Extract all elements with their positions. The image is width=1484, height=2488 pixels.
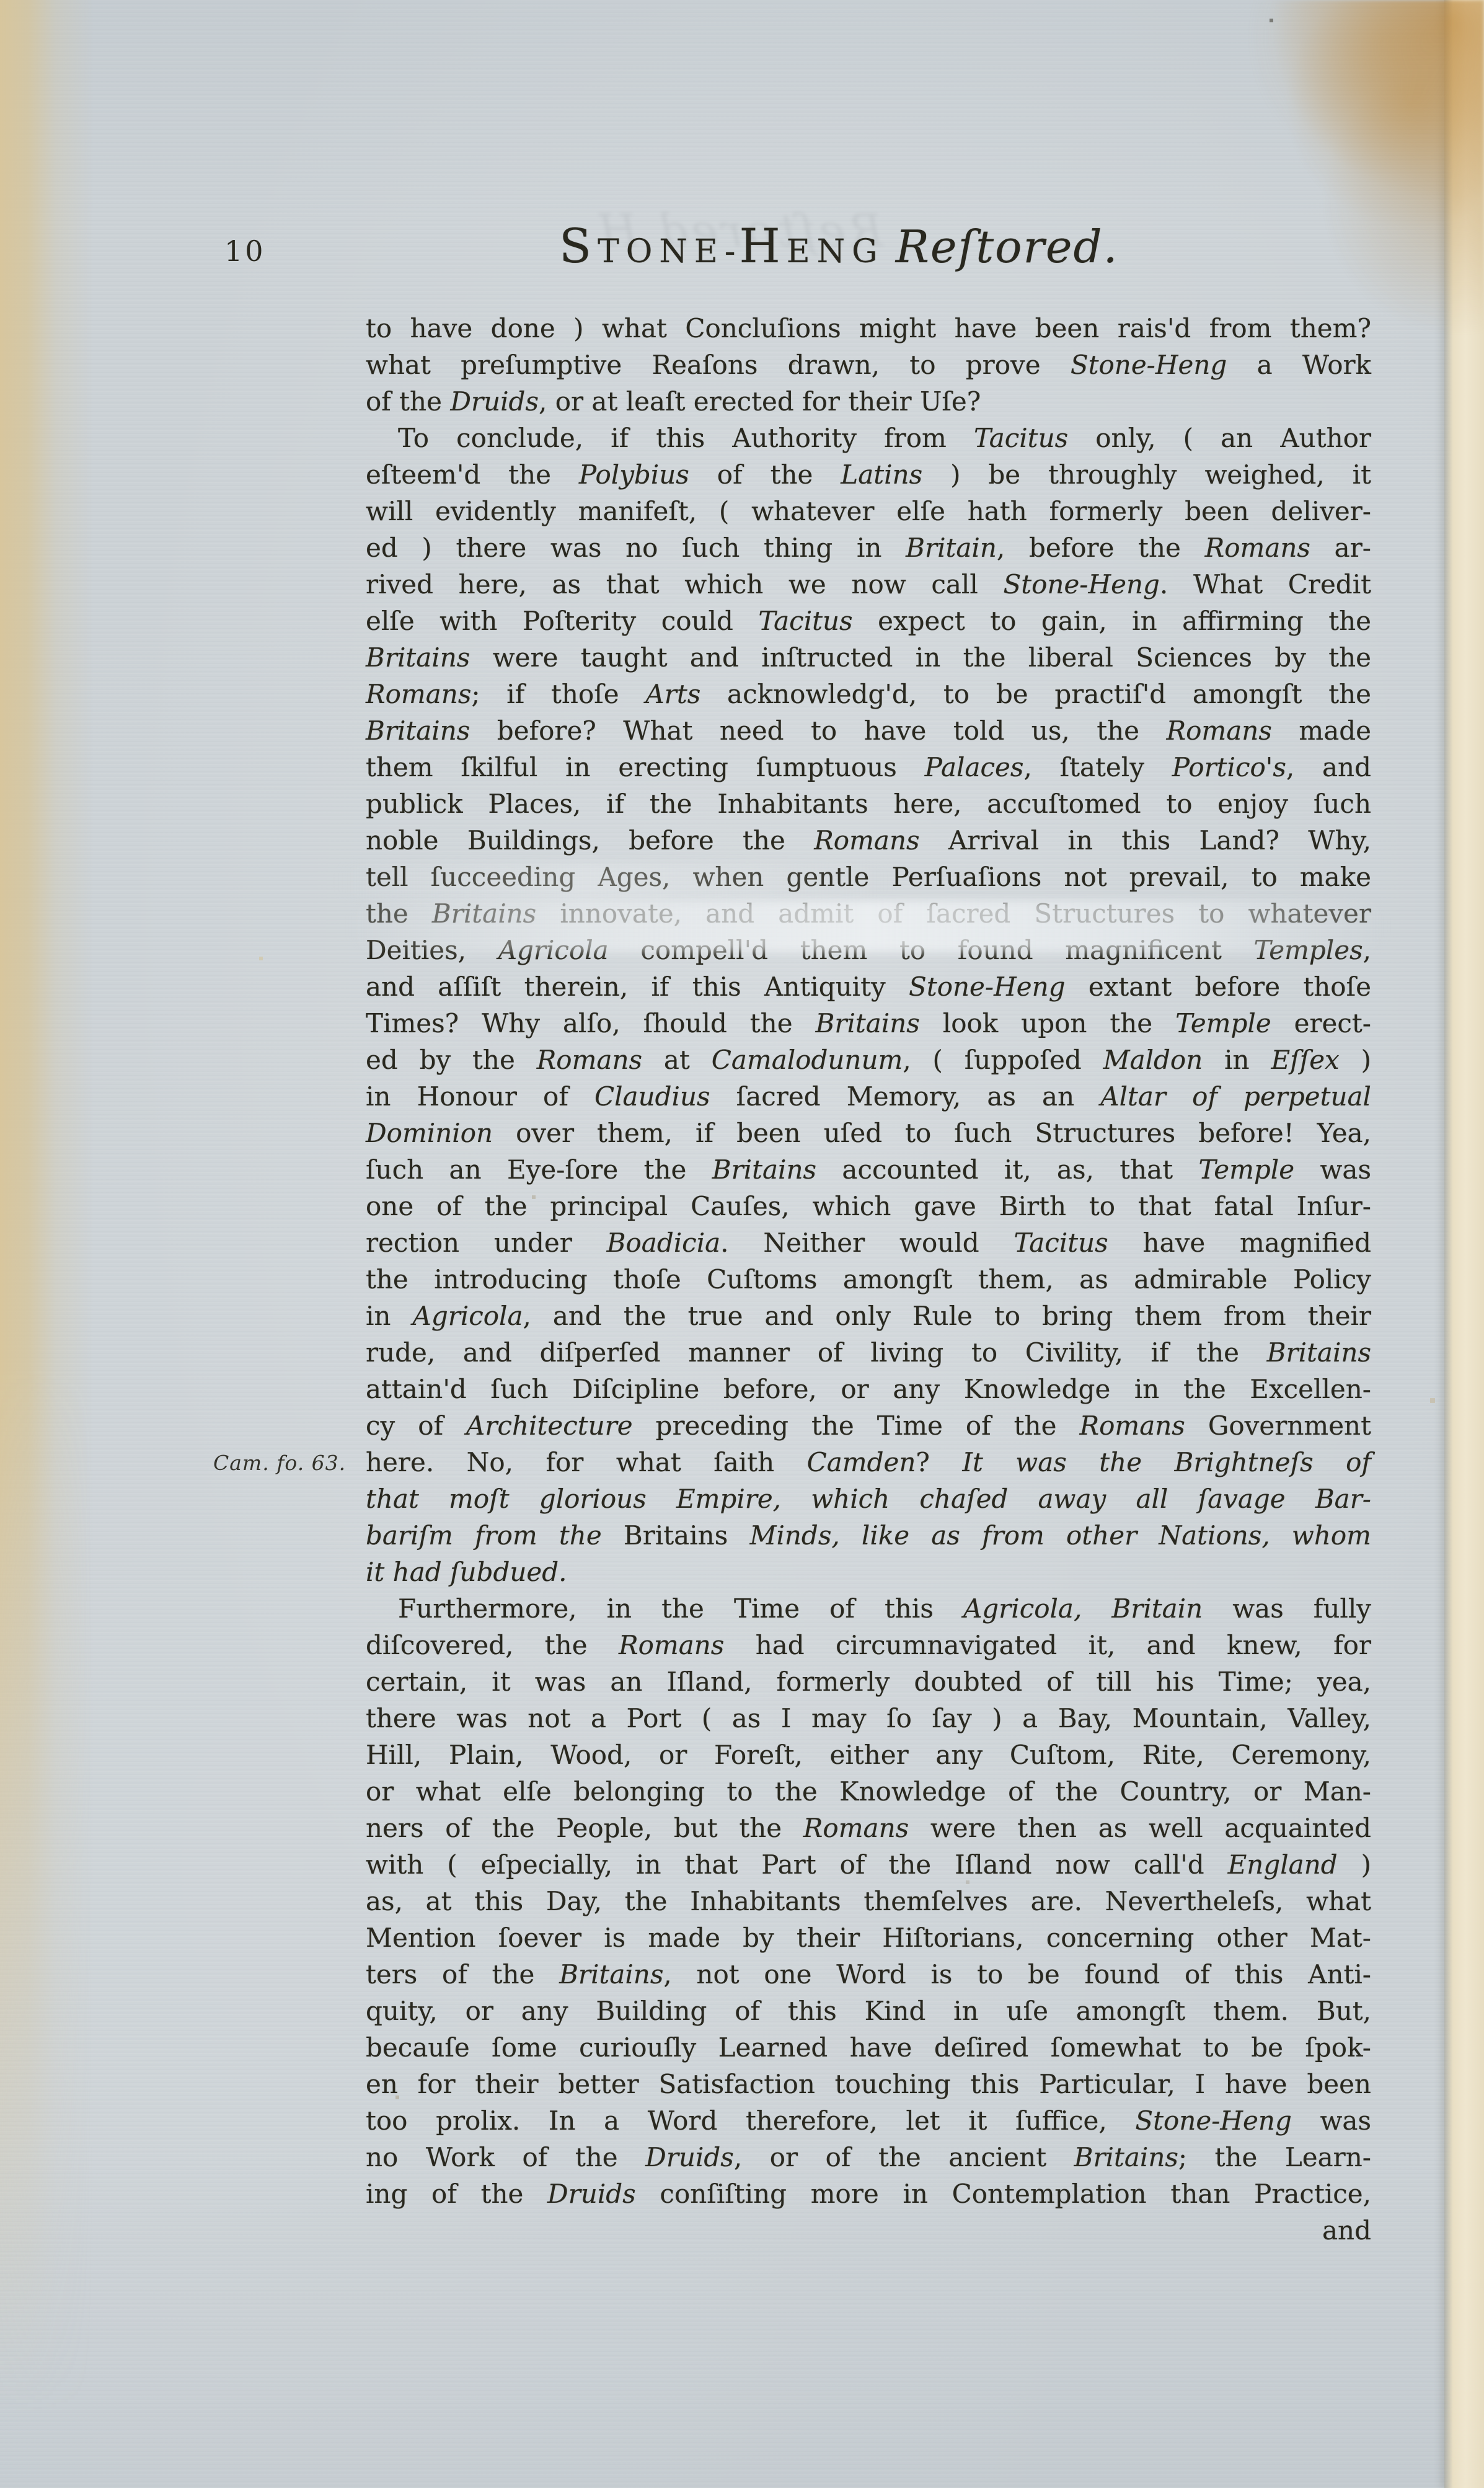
- roman-text: and: [1322, 2215, 1371, 2246]
- text-line: with ( eſpecially, in that Part of the I…: [366, 1846, 1371, 1883]
- roman-text: ) be throughly weighed, it: [922, 459, 1371, 490]
- text-line: of the Druids, or at leaſt erected for t…: [366, 383, 1371, 420]
- roman-text: noble Buildings, before the: [366, 825, 814, 856]
- roman-text: was: [1294, 1154, 1371, 1185]
- text-line: rection under Boadicia. Neither would Ta…: [366, 1224, 1371, 1261]
- italic-text: Romans: [814, 825, 919, 856]
- italic-text: Temple: [1175, 1008, 1271, 1038]
- text-line: them ſkilful in erecting ſumptuous Palac…: [366, 749, 1371, 786]
- text-line: the introducing thoſe Cuſtoms amongſt th…: [366, 1261, 1371, 1298]
- text-line: publick Places, if the Inhabitants here,…: [366, 786, 1371, 822]
- roman-text: erect-: [1271, 1008, 1371, 1038]
- roman-text: to have done ) what Concluſions might ha…: [366, 313, 1371, 343]
- roman-text: , or of the ancient: [734, 2142, 1074, 2172]
- roman-text: look upon the: [920, 1008, 1175, 1038]
- text-line: and aſſiſt therein, if this Antiquity St…: [366, 968, 1371, 1005]
- italic-text: Romans: [1079, 1410, 1185, 1441]
- text-line: Dominion over them, if been uſed to ſuch…: [366, 1115, 1371, 1151]
- gutter-edge: [0, 0, 93, 2488]
- italic-text: Britains: [1074, 2142, 1178, 2172]
- text-line: Hill, Plain, Wood, or Foreſt, either any…: [366, 1737, 1371, 1773]
- roman-text: of the: [689, 459, 841, 490]
- roman-text: one of the principal Cauſes, which gave …: [366, 1191, 1371, 1221]
- roman-text: were taught and inſtructed in the libera…: [470, 642, 1371, 673]
- roman-text: were then as well acquainted: [909, 1813, 1371, 1843]
- italic-text: Dominion: [366, 1118, 493, 1148]
- catchword: and: [366, 2212, 1371, 2249]
- italic-text: Britain: [906, 533, 997, 563]
- text-line: one of the principal Cauſes, which gave …: [366, 1188, 1371, 1224]
- text-line: what preſumptive Reaſons drawn, to prove…: [366, 347, 1371, 383]
- roman-text: Mention ſoever is made by their Hiſtoria…: [366, 1923, 1371, 1953]
- text-line: ſuch an Eye-ſore the Britains accounted …: [366, 1151, 1371, 1188]
- roman-text: here. No, for what ſaith: [366, 1447, 807, 1477]
- crease-streak-secondary: [335, 863, 893, 900]
- roman-text: have magnified: [1108, 1228, 1371, 1258]
- text-line: cy of Architecture preceding the Time of…: [366, 1407, 1371, 1444]
- roman-text: them ſkilful in erecting ſumptuous: [366, 752, 925, 782]
- italic-text: It was the Brightneſs of: [962, 1447, 1371, 1477]
- text-line: or what elſe belonging to the Knowledge …: [366, 1773, 1371, 1810]
- roman-text: before? What need to have told us, the: [470, 715, 1166, 746]
- roman-text: attain'd ſuch Diſcipline before, or any …: [366, 1374, 1371, 1404]
- roman-text: ſuch an Eye-ſore the: [366, 1154, 712, 1185]
- italic-text: Agricola: [412, 1301, 523, 1331]
- italic-text: Druids: [547, 2179, 636, 2209]
- roman-text: Government: [1185, 1410, 1371, 1441]
- roman-text: and aſſiſt therein, if this Antiquity: [366, 972, 909, 1002]
- roman-text: too prolix. In a Word therefore, let it …: [366, 2105, 1135, 2136]
- text-line: in Honour of Claudius ſacred Memory, as …: [366, 1078, 1371, 1115]
- roman-text: Arrival in this Land? Why,: [920, 825, 1371, 856]
- text-line: To conclude, if this Authority from Taci…: [366, 420, 1371, 456]
- italic-text: Britains: [712, 1154, 816, 1185]
- italic-text: Altar of perpetual: [1100, 1081, 1371, 1112]
- roman-text: ners of the People, but the: [366, 1813, 803, 1843]
- italic-text: Romans: [1205, 533, 1310, 563]
- roman-text: conſiſting more in Contemplation than Pr…: [636, 2179, 1371, 2209]
- italic-text: Romans: [1167, 715, 1272, 746]
- text-line: Times? Why alſo, ſhould the Britains loo…: [366, 1005, 1371, 1042]
- text-line: here. No, for what ſaith Camden? It was …: [366, 1444, 1371, 1481]
- roman-text: acknowledg'd, to be practiſ'd amongſt th…: [700, 679, 1371, 709]
- roman-text: , and the true and only Rule to bring th…: [523, 1301, 1372, 1331]
- roman-text: in: [1203, 1045, 1271, 1075]
- roman-text: ing of the: [366, 2179, 547, 2209]
- italic-text: Britains: [366, 715, 470, 746]
- italic-text: Tacitus: [974, 423, 1068, 453]
- text-line: en for their better Satisfaction touchin…: [366, 2066, 1371, 2102]
- italic-text: Britains: [816, 1008, 920, 1038]
- roman-text: rude, and diſperſed manner of living to …: [366, 1337, 1267, 1368]
- roman-text: , and: [1286, 752, 1371, 782]
- text-line: eſteem'd the Polybius of the Latins ) be…: [366, 456, 1371, 493]
- roman-text: quity, or any Building of this Kind in u…: [366, 1996, 1371, 2026]
- roman-text: was fully: [1203, 1593, 1371, 1624]
- text-line: Mention ſoever is made by their Hiſtoria…: [366, 1919, 1371, 1956]
- italic-text: Stone-Heng: [1135, 2105, 1291, 2136]
- text-line: Furthermore, in the Time of this Agricol…: [366, 1590, 1371, 1627]
- italic-text: bariſm from the: [366, 1520, 624, 1551]
- italic-text: Romans: [366, 679, 471, 709]
- roman-text: ?: [916, 1447, 962, 1477]
- text-line: as, at this Day, the Inhabitants themſel…: [366, 1883, 1371, 1919]
- roman-text: ; if thoſe: [471, 679, 645, 709]
- roman-text: accounted it, as, that: [816, 1154, 1198, 1185]
- roman-text: , ( ſuppoſed: [903, 1045, 1103, 1075]
- italic-text: Tacitus: [758, 606, 852, 636]
- title-initial: H: [739, 218, 786, 273]
- italic-text: Stone-Heng: [1071, 350, 1227, 380]
- text-line: it had ſubdued.: [366, 1554, 1371, 1590]
- text-line: ners of the People, but the Romans were …: [366, 1810, 1371, 1846]
- text-line: ing of the Druids conſiſting more in Con…: [366, 2176, 1371, 2212]
- text-line: ed by the Romans at Camalodunum, ( ſuppo…: [366, 1042, 1371, 1078]
- roman-text: , or at leaſt erected for their Uſe?: [539, 386, 981, 417]
- roman-text: preceding the Time of the: [633, 1410, 1080, 1441]
- text-line: Romans; if thoſe Arts acknowledg'd, to b…: [366, 676, 1371, 712]
- italic-text: Romans: [619, 1630, 724, 1660]
- roman-text: of the: [366, 386, 450, 417]
- roman-text: diſcovered, the: [366, 1630, 619, 1660]
- roman-text: ed by the: [366, 1045, 537, 1075]
- roman-text: ed ) there was no ſuch thing in: [366, 533, 906, 563]
- roman-text: en for their better Satisfaction touchin…: [366, 2069, 1371, 2099]
- italic-text: Polybius: [579, 459, 689, 490]
- italic-text: Claudius: [594, 1081, 710, 1112]
- roman-text: Britains: [624, 1520, 728, 1551]
- title-hyphen: -: [725, 233, 740, 270]
- roman-text: made: [1272, 715, 1371, 746]
- italic-text: Camalodunum: [712, 1045, 903, 1075]
- text-line: noble Buildings, before the Romans Arriv…: [366, 822, 1371, 859]
- roman-text: . What Credit: [1160, 569, 1371, 600]
- roman-text: ters of the: [366, 1959, 559, 1990]
- roman-text: as, at this Day, the Inhabitants themſel…: [366, 1886, 1371, 1916]
- text-line: elſe with Poſterity could Tacitus expect…: [366, 603, 1371, 639]
- roman-text: had circumnavigated it, and knew, for: [724, 1630, 1371, 1660]
- italic-text: Portico's: [1172, 752, 1286, 782]
- roman-text: in Honour of: [366, 1081, 594, 1112]
- roman-text: . Neither would: [720, 1228, 1014, 1258]
- roman-text: ſacred Memory, as an: [710, 1081, 1101, 1112]
- roman-text: Times? Why alſo, ſhould the: [366, 1008, 816, 1038]
- margin-note: Cam. fo. 63.: [213, 1451, 346, 1475]
- italic-text: Architecture: [466, 1410, 633, 1441]
- roman-text: ): [1340, 1045, 1371, 1075]
- roman-text: will evidently manifeſt, ( whatever elſe…: [366, 496, 1371, 526]
- italic-text: Palaces: [925, 752, 1024, 782]
- next-page-edge: [1444, 0, 1484, 2488]
- text-line: too prolix. In a Word therefore, let it …: [366, 2102, 1371, 2139]
- italic-text: Maldon: [1103, 1045, 1203, 1075]
- roman-text: what preſumptive Reaſons drawn, to prove: [366, 350, 1071, 380]
- roman-text: , not one Word is to be found of this An…: [663, 1959, 1371, 1990]
- italic-text: it had ſubdued.: [366, 1557, 567, 1587]
- book-page-scan: Reſtored H 10 STONE-HENGReſtored. Cam. f…: [0, 0, 1484, 2488]
- text-line: certain, it was an Iſland, formerly doub…: [366, 1663, 1371, 1700]
- roman-text: or what elſe belonging to the Knowledge …: [366, 1776, 1371, 1807]
- roman-text: with ( eſpecially, in that Part of the I…: [366, 1849, 1228, 1880]
- text-line: ters of the Britains, not one Word is to…: [366, 1956, 1371, 1993]
- title-smallcaps: TONE: [598, 233, 725, 270]
- roman-text: at: [642, 1045, 712, 1075]
- text-line: Britains were taught and inſtructed in t…: [366, 639, 1371, 676]
- roman-text: certain, it was an Iſland, formerly doub…: [366, 1667, 1371, 1697]
- title-italic: Reſtored.: [896, 221, 1119, 273]
- italic-text: Minds, like as from other Nations, whom: [728, 1520, 1371, 1551]
- text-line: becauſe ſome curiouſly Learned have deſi…: [366, 2029, 1371, 2066]
- italic-text: Boadicia: [607, 1228, 721, 1258]
- roman-text: Furthermore, in the Time of this: [398, 1593, 963, 1624]
- text-line: that moſt glorious Empire, which chaſed …: [366, 1481, 1371, 1517]
- roman-text: ar-: [1310, 533, 1371, 563]
- roman-text: elſe with Poſterity could: [366, 606, 758, 636]
- roman-text: expect to gain, in affirming the: [853, 606, 1371, 636]
- roman-text: , ſtately: [1023, 752, 1172, 782]
- italic-text: Druids: [450, 386, 539, 417]
- italic-text: Britains: [366, 642, 470, 673]
- italic-text: Arts: [645, 679, 700, 709]
- roman-text: eſteem'd the: [366, 459, 579, 490]
- italic-text: Tacitus: [1014, 1228, 1108, 1258]
- text-line: bariſm from the Britains Minds, like as …: [366, 1517, 1371, 1554]
- crease-streak: [347, 900, 1389, 952]
- text-line: to have done ) what Concluſions might ha…: [366, 310, 1371, 347]
- roman-text: the introducing thoſe Cuſtoms amongſt th…: [366, 1264, 1371, 1295]
- roman-text: , before the: [997, 533, 1205, 563]
- italic-text: Temple: [1198, 1154, 1294, 1185]
- roman-text: was: [1292, 2105, 1371, 2136]
- italic-text: Druids: [645, 2142, 734, 2172]
- roman-text: To conclude, if this Authority from: [398, 423, 974, 453]
- roman-text: a Work: [1227, 350, 1371, 380]
- italic-text: Britains: [1267, 1337, 1371, 1368]
- roman-text: cy of: [366, 1410, 466, 1441]
- text-line: diſcovered, the Romans had circumnavigat…: [366, 1627, 1371, 1663]
- text-line: will evidently manifeſt, ( whatever elſe…: [366, 493, 1371, 529]
- italic-text: Latins: [841, 459, 922, 490]
- page-title: STONE-HENGReſtored.: [559, 218, 1118, 273]
- roman-text: rived here, as that which we now call: [366, 569, 1003, 600]
- roman-text: extant before thoſe: [1066, 972, 1372, 1002]
- title-smallcaps: ENG: [787, 233, 885, 270]
- text-line: attain'd ſuch Diſcipline before, or any …: [366, 1371, 1371, 1407]
- roman-text: in: [366, 1301, 412, 1331]
- italic-text: Britains: [559, 1959, 663, 1990]
- roman-text: only, ( an Author: [1068, 423, 1371, 453]
- running-header: 10 STONE-HENGReſtored.: [0, 0, 1484, 291]
- roman-text: rection under: [366, 1228, 607, 1258]
- italic-text: that moſt glorious Empire, which chaſed …: [366, 1484, 1371, 1514]
- italic-text: Romans: [803, 1813, 909, 1843]
- roman-text: ): [1338, 1849, 1371, 1880]
- text-line: no Work of the Druids, or of the ancient…: [366, 2139, 1371, 2176]
- text-line: there was not a Port ( as I may ſo ſay )…: [366, 1700, 1371, 1737]
- text-line: ed ) there was no ſuch thing in Britain,…: [366, 529, 1371, 566]
- page-number: 10: [224, 234, 266, 268]
- title-initial: S: [559, 218, 598, 273]
- text-line: rude, and diſperſed manner of living to …: [366, 1334, 1371, 1371]
- italic-text: Agricola, Britain: [963, 1593, 1203, 1624]
- italic-text: Stone-Heng: [1003, 569, 1159, 600]
- text-line: in Agricola, and the true and only Rule …: [366, 1298, 1371, 1334]
- italic-text: Camden: [807, 1447, 916, 1477]
- italic-text: Romans: [537, 1045, 642, 1075]
- text-line: rived here, as that which we now call St…: [366, 566, 1371, 603]
- text-line: Britains before? What need to have told …: [366, 712, 1371, 749]
- roman-text: over them, if been uſed to ſuch Structur…: [493, 1118, 1371, 1148]
- text-block: to have done ) what Concluſions might ha…: [366, 310, 1371, 2249]
- roman-text: there was not a Port ( as I may ſo ſay )…: [366, 1703, 1371, 1733]
- roman-text: publick Places, if the Inhabitants here,…: [366, 789, 1371, 819]
- roman-text: ; the Learn-: [1178, 2142, 1371, 2172]
- text-line: quity, or any Building of this Kind in u…: [366, 1993, 1371, 2029]
- roman-text: becauſe ſome curiouſly Learned have deſi…: [366, 2032, 1371, 2063]
- roman-text: no Work of the: [366, 2142, 645, 2172]
- italic-text: Stone-Heng: [909, 972, 1065, 1002]
- italic-text: England: [1228, 1849, 1338, 1880]
- roman-text: Hill, Plain, Wood, or Foreſt, either any…: [366, 1740, 1371, 1770]
- italic-text: Eſſex: [1271, 1045, 1339, 1075]
